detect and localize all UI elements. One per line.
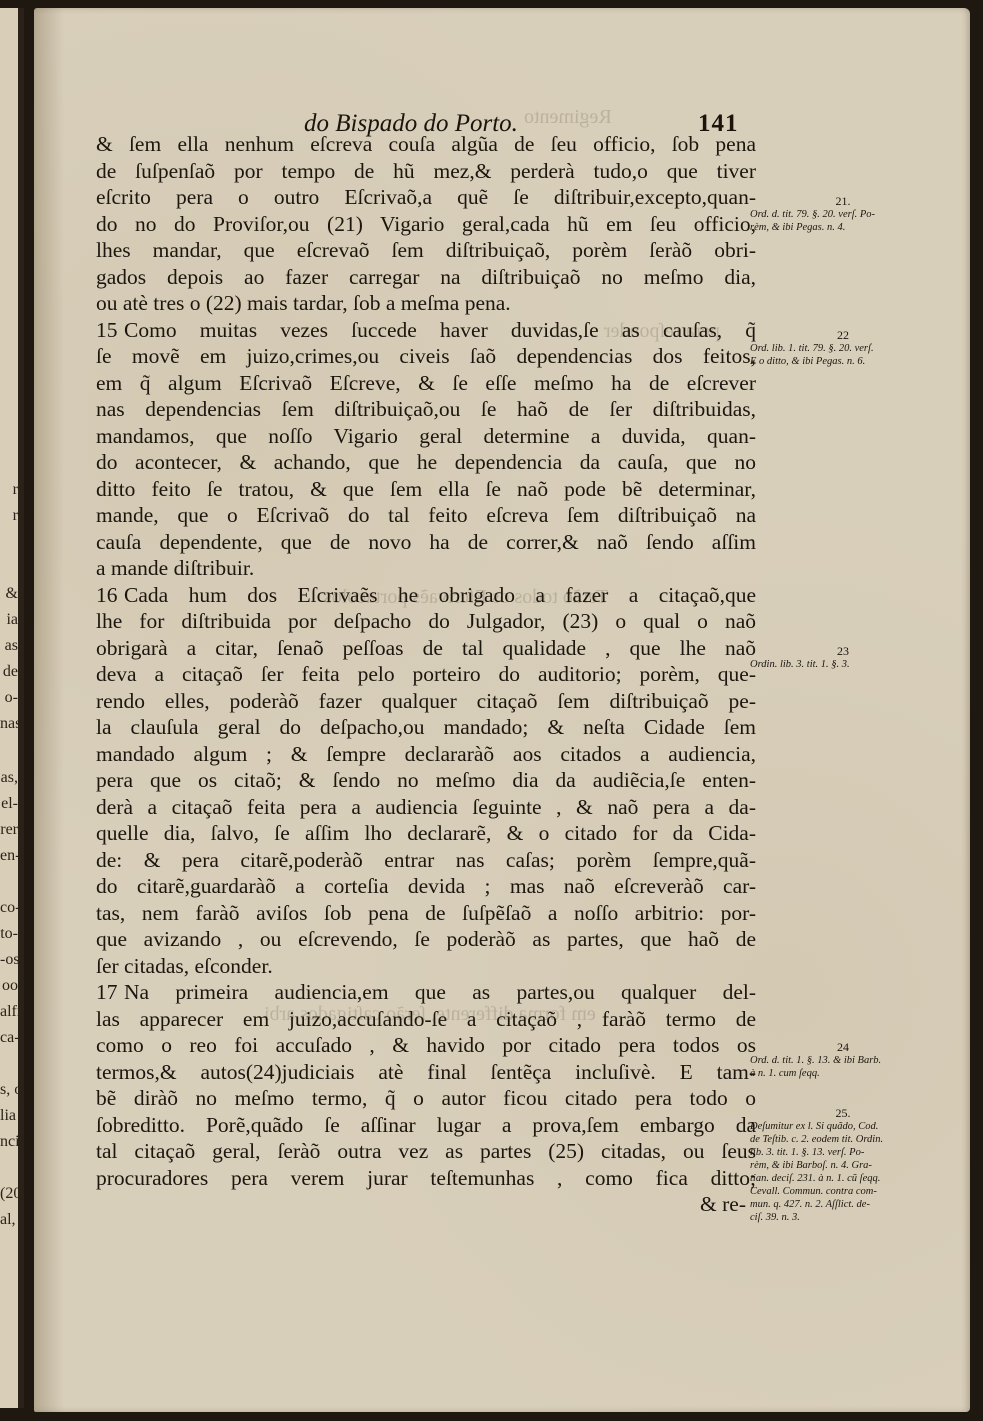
- prev-page-fragment: alfi-: [0, 1004, 18, 1020]
- text-line: mandamos, que noſſo Vigario geral determ…: [96, 423, 756, 450]
- prev-page-fragment: r: [0, 482, 18, 498]
- text-line: mandado algum ; & ſempre declararàõ aos …: [96, 741, 756, 768]
- note-line: Cevall. Commun. contra com-: [750, 1185, 936, 1198]
- prev-page-fragment: oo: [0, 978, 18, 994]
- text-line: pera que os citaõ; & ſendo no meſmo dia …: [96, 767, 756, 794]
- text-line: do no do Proviſor,ou (21) Vigario geral,…: [96, 211, 756, 238]
- text-line: de ſuſpenſaõ por tempo de hũ mez,& perde…: [96, 158, 756, 185]
- text-line: tal citaçaõ geral, ſeràõ outra vez as pa…: [96, 1138, 756, 1165]
- text-line: & ſem ella nenhum eſcreva couſa algũa de…: [96, 131, 756, 158]
- paragraph-number: 17: [96, 979, 124, 1006]
- paragraph-number: 16: [96, 582, 124, 609]
- text-line: la clauſula geral do deſpacho,ou mandado…: [96, 714, 756, 741]
- text-line: Como muitas vezes ſuccede haver duvidas,…: [124, 318, 756, 342]
- text-line: do citarẽ,guardaràõ a corteſia devida ; …: [96, 873, 756, 900]
- prev-page-fragment: el-: [0, 796, 18, 812]
- prev-page-fragment: lia o: [0, 1108, 18, 1124]
- note-line: rèm, & ibi Pegas. n. 4.: [750, 221, 936, 234]
- note-line: lib. 3. tit. 1. §. 13. verſ. Po-: [750, 1146, 936, 1159]
- text-line: ſobreditto. Porẽ,quãdo ſe aſſinar lugar …: [96, 1112, 756, 1139]
- note-number: 24: [750, 1040, 936, 1054]
- text-line: obrigarà a citar, ſenaõ peſſoas de tal q…: [96, 635, 756, 662]
- note-line: de Teſtib. c. 2. eodem tit. Ordin.: [750, 1133, 936, 1146]
- text-line: a mande diſtribuir.: [96, 555, 756, 582]
- text-line: ou atè tres o (22) mais tardar, ſob a me…: [96, 290, 756, 317]
- note-line: Ord. d. tit. 1. §. 13. & ibi Barb.: [750, 1054, 936, 1067]
- paragraph-start: 17Na primeira audiencia,em que as partes…: [96, 979, 756, 1006]
- prev-page-fragment: to-: [0, 926, 18, 942]
- text-line: lhes mandar, que eſcrevaõ ſem diſtribuiç…: [96, 237, 756, 264]
- prev-page-fragment: as,: [0, 770, 18, 786]
- prev-page-fragment: ia: [0, 612, 18, 628]
- text-line: cauſa dependente, que de novo ha de corr…: [96, 529, 756, 556]
- text-line: nas dependencias ſem diſtribuiçaõ,ou ſe …: [96, 396, 756, 423]
- note-line: mun. q. 427. n. 2. Aſſlict. de-: [750, 1198, 936, 1211]
- margin-note-25: 25. Deſumitur ex l. Si quãdo, Cod. de Te…: [750, 1106, 936, 1224]
- text-line: que avizando , ou eſcrevendo, ſe poderàõ…: [96, 926, 756, 953]
- prev-page-fragment: o-: [0, 690, 18, 706]
- text-line: rendo elles, poderàõ fazer qualquer cita…: [96, 688, 756, 715]
- note-line: ciſ. 39. n. 3.: [750, 1211, 936, 1224]
- text-line: gados depois ao fazer carregar na diſtri…: [96, 264, 756, 291]
- body-text: & ſem ella nenhum eſcreva couſa algũa de…: [96, 131, 756, 1218]
- prev-page-fragment: s, ou: [0, 1082, 18, 1098]
- text-line: mande, que o Eſcrivaõ do tal feito eſcre…: [96, 502, 756, 529]
- text-line: derà a citaçaõ feita pera a audiencia ſe…: [96, 794, 756, 821]
- note-number: 23: [750, 644, 936, 658]
- prev-page-fragment: en-: [0, 848, 18, 864]
- prev-page-fragment: rer: [0, 822, 18, 838]
- paragraph-start: 16Cada hum dos Eſcrivaẽs he obrigado a f…: [96, 582, 756, 609]
- text-line: ſer citadas, eſconder.: [96, 953, 756, 980]
- text-line: ſe movẽ em juizo,crimes,ou civeis ſaõ de…: [96, 343, 756, 370]
- note-number: 21.: [750, 194, 936, 208]
- prev-page-fragment: nas: [0, 716, 18, 732]
- prev-page-fragment: co-: [0, 900, 18, 916]
- note-line: Ord. d. tit. 79. §. 20. verſ. Po-: [750, 208, 936, 221]
- text-line: Cada hum dos Eſcrivaẽs he obrigado a faz…: [124, 583, 756, 607]
- text-line: eſcrito pera o outro Eſcrivaõ,a quẽ ſe d…: [96, 184, 756, 211]
- note-line: Deſumitur ex l. Si quãdo, Cod.: [750, 1120, 936, 1133]
- text-line: las apparecer em juizo,accuſando-ſe a ci…: [96, 1006, 756, 1033]
- text-line: termos,& autos(24)judiciais atè final ſe…: [96, 1059, 756, 1086]
- margin-note-23: 23 Ordin. lib. 3. tit. 1. §. 3.: [750, 644, 936, 671]
- note-line: E o ditto, & ibi Pegas. n. 6.: [750, 355, 936, 368]
- margin-note-24: 24 Ord. d. tit. 1. §. 13. & ibi Barb. à …: [750, 1040, 936, 1080]
- text-line: quelle dia, ſalvo, ſe aſſim lho declarar…: [96, 820, 756, 847]
- note-line: à n. 1. cum ſeqq.: [750, 1067, 936, 1080]
- book-page: Regimento pera reſponder Terão todos os …: [34, 8, 970, 1412]
- text-line: lhe for diſtribuida por deſpacho do Julg…: [96, 608, 756, 635]
- text-line: procuradores pera verem jurar teſtemunha…: [96, 1165, 756, 1192]
- prev-page-fragment: r: [0, 508, 18, 524]
- note-number: 22: [750, 328, 936, 342]
- text-line: ditto feito ſe tratou, & que ſem ella ſe…: [96, 476, 756, 503]
- text-line: em q̃ algum Eſcrivaõ Eſcreve, & ſe eſſe …: [96, 370, 756, 397]
- prev-page-fragment: ca-: [0, 1030, 18, 1046]
- note-line: rèm, & ibi Barboſ. n. 4. Gra-: [750, 1159, 936, 1172]
- note-line: tian. deciſ. 231. à n. 1. cũ ſeqq.: [750, 1172, 936, 1185]
- paragraph-start: 15Como muitas vezes ſuccede haver duvida…: [96, 317, 756, 344]
- text-line: de: & pera citarẽ,poderàõ entrar nas caſ…: [96, 847, 756, 874]
- margin-note-21: 21. Ord. d. tit. 79. §. 20. verſ. Po- rè…: [750, 194, 936, 234]
- note-number: 25.: [750, 1106, 936, 1120]
- prev-page-fragment: ncias: [0, 1134, 18, 1150]
- text-line: Na primeira audiencia,em que as partes,o…: [124, 980, 756, 1004]
- text-line: do acontecer, & achando, que he dependen…: [96, 449, 756, 476]
- note-line: Ord. lib. 1. tit. 79. §. 20. verſ.: [750, 342, 936, 355]
- prev-page-fragment: al, &: [0, 1212, 18, 1228]
- prev-page-fragment: (20): [0, 1186, 18, 1202]
- text-line: como o reo foi accuſado , & havido por c…: [96, 1032, 756, 1059]
- text-line: tas, nem faràõ aviſos ſob pena de ſuſpẽſ…: [96, 900, 756, 927]
- prev-page-fragment: as: [0, 638, 18, 654]
- previous-page-edge: r r & ia as de o- nas as, el- rer en- co…: [0, 8, 24, 1408]
- note-line: Ordin. lib. 3. tit. 1. §. 3.: [750, 658, 936, 671]
- prev-page-fragment: -os: [0, 952, 18, 968]
- catchword: & re-: [96, 1191, 756, 1218]
- text-line: deva a citaçaõ ſer feita pelo porteiro d…: [96, 661, 756, 688]
- prev-page-fragment: &: [0, 586, 18, 602]
- prev-page-fragment: de: [0, 664, 18, 680]
- text-line: bẽ diràõ no meſmo termo, q̃ o autor fico…: [96, 1085, 756, 1112]
- paragraph-number: 15: [96, 317, 124, 344]
- margin-note-22: 22 Ord. lib. 1. tit. 79. §. 20. verſ. E …: [750, 328, 936, 368]
